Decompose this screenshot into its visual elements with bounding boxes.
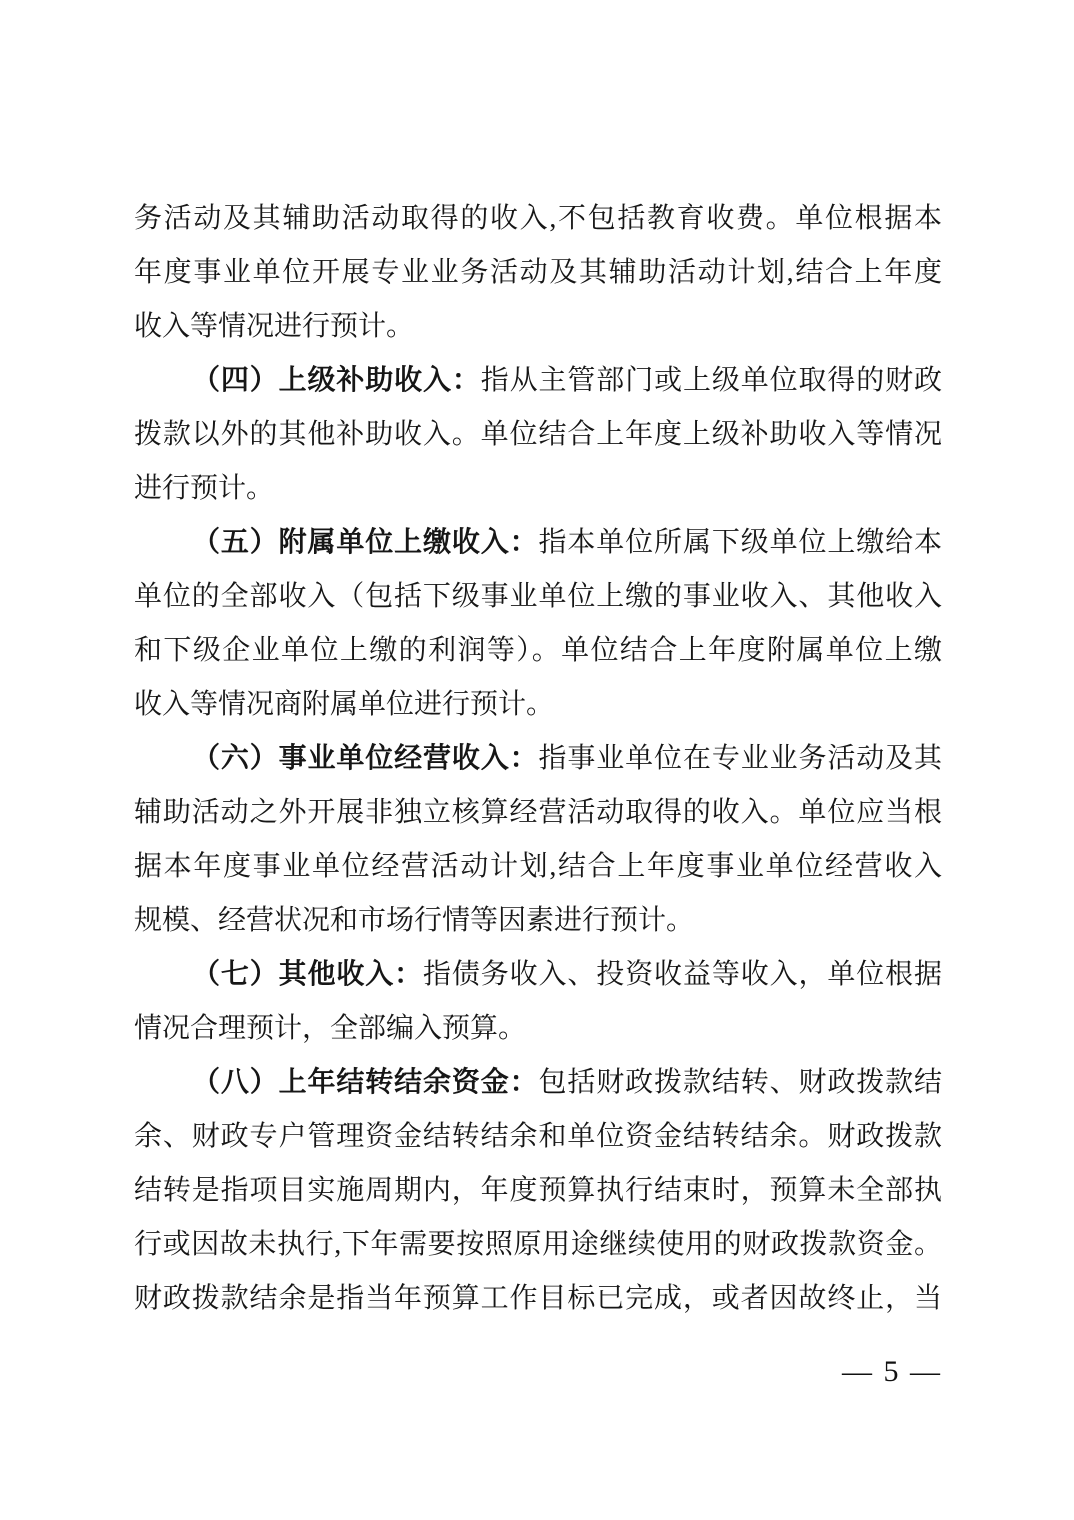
section-text: 指事业单位在专业业务活动及其 (539, 743, 942, 774)
text-line: 结转是指项目实施周期内，年度预算执行结束时，预算未全部执 (134, 1164, 942, 1218)
section-heading: （七）其他收入： (192, 959, 423, 990)
text-line: 单位的全部收入（包括下级事业单位上缴的事业收入、其他收入 (134, 570, 942, 624)
page-number: — 5 — (842, 1352, 942, 1392)
section-heading: （四）上级补助收入： (192, 365, 481, 396)
paragraph-section-4: （四）上级补助收入：指从主管部门或上级单位取得的财政 拨款以外的其他补助收入。单… (134, 354, 942, 516)
text-line: 和下级企业单位上缴的利润等）。单位结合上年度附属单位上缴 (134, 624, 942, 678)
section-heading: （八）上年结转结余资金： (192, 1067, 539, 1098)
section-heading: （五）附属单位上缴收入： (192, 527, 539, 558)
text-line: 据本年度事业单位经营活动计划,结合上年度事业单位经营收入 (134, 840, 942, 894)
paragraph-section-6: （六）事业单位经营收入：指事业单位在专业业务活动及其 辅助活动之外开展非独立核算… (134, 732, 942, 948)
text-line: （七）其他收入：指债务收入、投资收益等收入，单位根据 (134, 948, 942, 1002)
text-line: 务活动及其辅助活动取得的收入,不包括教育收费。单位根据本 (134, 192, 942, 246)
text-line: 财政拨款结余是指当年预算工作目标已完成，或者因故终止，当 (134, 1272, 942, 1326)
paragraph-section-8: （八）上年结转结余资金：包括财政拨款结转、财政拨款结 余、财政专户管理资金结转结… (134, 1056, 942, 1326)
document-page: 务活动及其辅助活动取得的收入,不包括教育收费。单位根据本 年度事业单位开展专业业… (0, 0, 1074, 1520)
text-line: 辅助活动之外开展非独立核算经营活动取得的收入。单位应当根 (134, 786, 942, 840)
paragraph-section-5: （五）附属单位上缴收入：指本单位所属下级单位上缴给本 单位的全部收入（包括下级事… (134, 516, 942, 732)
section-text: 包括财政拨款结转、财政拨款结 (539, 1067, 942, 1098)
document-body: 务活动及其辅助活动取得的收入,不包括教育收费。单位根据本 年度事业单位开展专业业… (134, 192, 942, 1326)
text-line: 情况合理预计，全部编入预算。 (134, 1002, 942, 1056)
section-text: 指从主管部门或上级单位取得的财政 (481, 365, 942, 396)
text-line: （八）上年结转结余资金：包括财政拨款结转、财政拨款结 (134, 1056, 942, 1110)
section-text: 指债务收入、投资收益等收入，单位根据 (423, 959, 942, 990)
section-heading: （六）事业单位经营收入： (192, 743, 539, 774)
text-line: 拨款以外的其他补助收入。单位结合上年度上级补助收入等情况 (134, 408, 942, 462)
text-line: （五）附属单位上缴收入：指本单位所属下级单位上缴给本 (134, 516, 942, 570)
text-line: 规模、经营状况和市场行情等因素进行预计。 (134, 894, 942, 948)
text-line: 行或因故未执行,下年需要按照原用途继续使用的财政拨款资金。 (134, 1218, 942, 1272)
paragraph: 务活动及其辅助活动取得的收入,不包括教育收费。单位根据本 年度事业单位开展专业业… (134, 192, 942, 354)
text-line: 进行预计。 (134, 462, 942, 516)
section-text: 指本单位所属下级单位上缴给本 (539, 527, 942, 558)
text-line: 年度事业单位开展专业业务活动及其辅助活动计划,结合上年度 (134, 246, 942, 300)
text-line: （四）上级补助收入：指从主管部门或上级单位取得的财政 (134, 354, 942, 408)
text-line: （六）事业单位经营收入：指事业单位在专业业务活动及其 (134, 732, 942, 786)
text-line: 余、财政专户管理资金结转结余和单位资金结转结余。财政拨款 (134, 1110, 942, 1164)
paragraph-section-7: （七）其他收入：指债务收入、投资收益等收入，单位根据 情况合理预计，全部编入预算… (134, 948, 942, 1056)
text-line: 收入等情况商附属单位进行预计。 (134, 678, 942, 732)
text-line: 收入等情况进行预计。 (134, 300, 942, 354)
